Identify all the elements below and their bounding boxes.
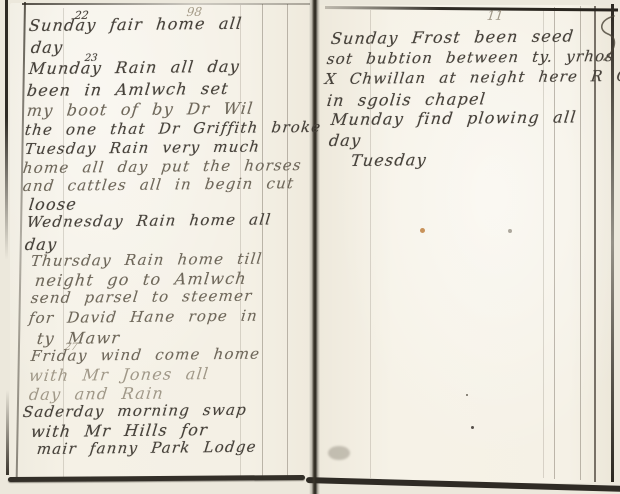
handwritten-line: X Chwillan at neight here R O — [324, 69, 620, 87]
handwritten-line: Munday find plowing all — [330, 109, 577, 128]
right-page-handwriting: 11Sunday Frost been seedsot bubtion betw… — [0, 0, 620, 494]
pencil-mark: 11 — [486, 10, 504, 23]
handwritten-line: in sgolis chapel — [326, 91, 487, 109]
handwritten-line: day — [328, 133, 362, 149]
diary-scan: 2298Sunday fair home allday23Munday Rain… — [0, 0, 620, 494]
handwritten-line: Sunday Frost been seed — [330, 28, 575, 47]
handwritten-line: sot bubtion between ty. yrhos — [326, 49, 615, 67]
handwritten-line: Tuesday — [350, 152, 428, 169]
